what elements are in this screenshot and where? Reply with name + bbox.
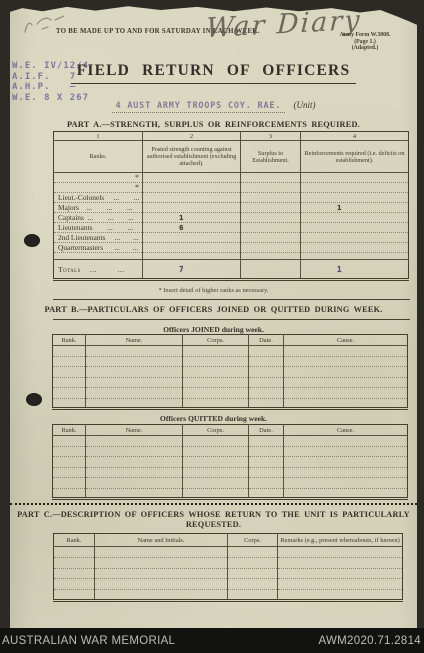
cell	[95, 590, 228, 601]
col-header-corps: Corps.	[228, 534, 278, 547]
cell	[249, 388, 284, 399]
table-row	[53, 377, 408, 388]
table-row	[53, 457, 408, 468]
col-header-name-initials: Name and Initials.	[95, 534, 228, 547]
cell	[53, 446, 86, 457]
col-header-rank: Rank.	[53, 335, 86, 346]
cell	[54, 579, 95, 590]
officers-joined-table: Rank. Name. Corps. Date. Cause.	[52, 334, 408, 410]
cell	[241, 223, 301, 233]
part-a-row-quartermasters: Quartermasters ... ...	[54, 243, 409, 253]
unit-line: 4 AUST ARMY TROOPS COY. RAE. (Unit)	[10, 100, 417, 111]
part-a-row-blank-2: *	[54, 183, 409, 193]
cell	[53, 457, 86, 468]
cell	[249, 446, 284, 457]
part-a-row-2nd-lieutenants: 2nd Lieutenants ... ...	[54, 233, 409, 243]
col-header-rank: Rank.	[53, 425, 86, 436]
perforation-line	[10, 503, 417, 505]
part-a-row-blank-1: *	[54, 173, 409, 183]
cell	[228, 547, 278, 558]
table-row	[53, 398, 408, 409]
part-b-title: PART B.—PARTICULARS OF OFFICERS JOINED O…	[10, 305, 417, 314]
table-row	[53, 488, 408, 499]
part-a-footnote: * Insert detail of higher ranks as neces…	[10, 287, 417, 294]
archive-name: AUSTRALIAN WAR MEMORIAL	[2, 635, 175, 647]
cell	[301, 233, 409, 243]
rank-label: Majors ... ... ...	[54, 203, 143, 213]
rank-label: 2nd Lieutenants ... ...	[54, 233, 143, 243]
cell	[86, 367, 183, 378]
cell	[249, 367, 284, 378]
part-a-row-captains: Captains ... ... ... 1	[54, 213, 409, 223]
cell	[143, 193, 241, 203]
quitted-table-headers: Rank. Name. Corps. Date. Cause.	[53, 425, 408, 436]
part-a-column-numbers: 1 2 3 4	[54, 132, 409, 141]
table-row	[53, 356, 408, 367]
cell	[53, 356, 86, 367]
part-a-strength-table: 1 2 3 4 Ranks. Posted strength counting …	[53, 131, 409, 281]
higher-rank-asterisk: *	[54, 173, 143, 183]
part-a-row-lieut-colonels: Lieut.-Colonels ... ...	[54, 193, 409, 203]
table-row	[54, 557, 403, 568]
cell	[53, 467, 86, 478]
col-header-surplus: Surplus to Establishment.	[241, 141, 301, 173]
part-b-top-rule	[53, 299, 410, 300]
cell	[183, 488, 249, 499]
officers-quitted-table: Rank. Name. Corps. Date. Cause.	[52, 424, 408, 500]
cell	[95, 579, 228, 590]
part-b-bottom-rule	[53, 319, 410, 320]
part-a-title: PART A.—STRENGTH, SURPLUS OR REINFORCEME…	[10, 120, 417, 129]
form-page: TO BE MADE UP TO AND FOR SATURDAY IN EAC…	[10, 5, 417, 628]
cell	[278, 557, 403, 568]
cell	[143, 233, 241, 243]
title-row: FIELD RETURN OF OFFICERS	[10, 62, 417, 84]
unit-typed-value: 4 AUST ARMY TROOPS COY. RAE.	[112, 101, 286, 113]
part-c-title-line1: PART C.—DESCRIPTION OF OFFICERS WHOSE RE…	[10, 510, 417, 520]
cell	[284, 488, 408, 499]
part-c-table-headers: Rank. Name and Initials. Corps. Remarks …	[54, 534, 403, 547]
cell	[95, 557, 228, 568]
cell	[241, 260, 301, 280]
punch-hole	[24, 234, 40, 247]
cell	[278, 579, 403, 590]
cell	[278, 590, 403, 601]
cell	[53, 377, 86, 388]
cell	[183, 367, 249, 378]
cell	[278, 568, 403, 579]
photo-backdrop: TO BE MADE UP TO AND FOR SATURDAY IN EAC…	[0, 0, 424, 653]
cell	[228, 568, 278, 579]
part-c-title: PART C.—DESCRIPTION OF OFFICERS WHOSE RE…	[10, 510, 417, 530]
cell	[86, 398, 183, 409]
rank-label: Quartermasters ... ...	[54, 243, 143, 253]
cell	[86, 377, 183, 388]
archive-caption-band: AUSTRALIAN WAR MEMORIAL AWM2020.71.2814	[0, 628, 424, 653]
typed-value-lieutenants-posted: 6	[143, 223, 241, 233]
table-row	[53, 367, 408, 378]
col-header-corps: Corps.	[183, 425, 249, 436]
cell	[86, 346, 183, 357]
cell	[241, 253, 301, 260]
cell	[183, 346, 249, 357]
cell	[284, 436, 408, 447]
cell	[228, 557, 278, 568]
cell	[95, 547, 228, 558]
cell	[143, 183, 241, 193]
cell	[284, 457, 408, 468]
cell	[86, 446, 183, 457]
cell	[143, 203, 241, 213]
typed-value-majors-reinforcements: 1	[301, 203, 409, 213]
cell	[54, 253, 143, 260]
cell	[241, 233, 301, 243]
cell	[284, 446, 408, 457]
table-row	[53, 467, 408, 478]
officers-joined-heading: Officers JOINED during week.	[10, 325, 417, 334]
col-header-corps: Corps.	[183, 335, 249, 346]
form-number: Army Form W.3008.	[329, 32, 401, 39]
cell	[241, 243, 301, 253]
table-row	[54, 547, 403, 558]
cell	[241, 183, 301, 193]
col-number: 4	[301, 132, 409, 141]
cell	[183, 446, 249, 457]
part-c-title-line2: REQUESTED.	[10, 520, 417, 530]
cell	[241, 203, 301, 213]
cell	[284, 478, 408, 489]
table-row	[54, 579, 403, 590]
archive-accession-number: AWM2020.71.2814	[318, 635, 421, 647]
cell	[284, 367, 408, 378]
cell	[183, 398, 249, 409]
cell	[249, 346, 284, 357]
cell	[86, 457, 183, 468]
typed-value-captains-posted: 1	[143, 213, 241, 223]
cell	[284, 467, 408, 478]
cell	[53, 346, 86, 357]
cell	[249, 467, 284, 478]
cell	[183, 356, 249, 367]
higher-rank-asterisk: *	[54, 183, 143, 193]
col-header-name: Name.	[86, 335, 183, 346]
rank-label: Lieutenants ... ...	[54, 223, 143, 233]
table-row	[53, 346, 408, 357]
cell	[54, 547, 95, 558]
unit-field-label: (Unit)	[293, 100, 315, 110]
col-number: 3	[241, 132, 301, 141]
punch-hole	[26, 393, 42, 406]
cell	[278, 547, 403, 558]
col-number: 2	[143, 132, 241, 141]
cell	[54, 568, 95, 579]
officers-quitted-heading: Officers QUITTED during week.	[10, 414, 417, 423]
cell	[284, 388, 408, 399]
cell	[301, 253, 409, 260]
joined-table-headers: Rank. Name. Corps. Date. Cause.	[53, 335, 408, 346]
cell	[183, 478, 249, 489]
cell	[95, 568, 228, 579]
cell	[249, 478, 284, 489]
cell	[228, 579, 278, 590]
cell	[284, 398, 408, 409]
part-c-return-requested-table: Rank. Name and Initials. Corps. Remarks …	[53, 533, 403, 602]
cell	[86, 388, 183, 399]
col-header-date: Date.	[249, 335, 284, 346]
cell	[301, 243, 409, 253]
cell	[249, 488, 284, 499]
table-row	[53, 478, 408, 489]
col-header-reinforcements: Reinforcements required (i.e. deficits o…	[301, 141, 409, 173]
rank-label: Captains ... ... ...	[54, 213, 143, 223]
form-adapted-note: (Adapted.)	[329, 45, 401, 52]
cell	[54, 590, 95, 601]
cell	[249, 457, 284, 468]
cell	[241, 213, 301, 223]
cell	[53, 478, 86, 489]
col-header-posted-strength: Posted strength counting against authori…	[143, 141, 241, 173]
cell	[53, 436, 86, 447]
cell	[249, 436, 284, 447]
cell	[284, 377, 408, 388]
table-row	[54, 568, 403, 579]
table-row	[53, 446, 408, 457]
typed-value-total-posted: 7	[143, 260, 241, 280]
page-title: FIELD RETURN OF OFFICERS	[71, 62, 357, 84]
cell	[301, 193, 409, 203]
cell	[143, 243, 241, 253]
col-header-remarks: Remarks (e.g., present whereabouts, if k…	[278, 534, 403, 547]
cell	[241, 173, 301, 183]
col-header-name: Name.	[86, 425, 183, 436]
cell	[301, 173, 409, 183]
cell	[284, 346, 408, 357]
part-a-spacer-row	[54, 253, 409, 260]
col-number: 1	[54, 132, 143, 141]
cell	[54, 557, 95, 568]
cell	[53, 388, 86, 399]
col-header-ranks: Ranks.	[54, 141, 143, 173]
cell	[301, 223, 409, 233]
cell	[86, 356, 183, 367]
part-a-column-headers: Ranks. Posted strength counting against …	[54, 141, 409, 173]
typed-value-total-reinforcements: 1	[301, 260, 409, 280]
rank-label: Lieut.-Colonels ... ...	[54, 193, 143, 203]
col-header-date: Date.	[249, 425, 284, 436]
cell	[86, 488, 183, 499]
cell	[249, 356, 284, 367]
cell	[284, 356, 408, 367]
part-a-row-lieutenants: Lieutenants ... ... 6	[54, 223, 409, 233]
totals-label: Totals ... ... ...	[54, 260, 143, 280]
cell	[183, 377, 249, 388]
cell	[53, 488, 86, 499]
cell	[86, 467, 183, 478]
cell	[301, 213, 409, 223]
col-header-rank: Rank.	[54, 534, 95, 547]
cell	[143, 173, 241, 183]
cell	[183, 436, 249, 447]
cell	[143, 253, 241, 260]
col-header-cause: Cause.	[284, 425, 408, 436]
cell	[249, 398, 284, 409]
table-row	[53, 388, 408, 399]
cell	[249, 377, 284, 388]
cell	[86, 436, 183, 447]
cell	[53, 398, 86, 409]
army-form-reference: Army Form W.3008. (Page 1.) (Adapted.)	[329, 32, 401, 52]
cell	[241, 193, 301, 203]
table-row	[53, 436, 408, 447]
cell	[183, 467, 249, 478]
cell	[228, 590, 278, 601]
part-a-totals-row: Totals ... ... ... 7 1	[54, 260, 409, 280]
cell	[301, 183, 409, 193]
cell	[183, 388, 249, 399]
cell	[183, 457, 249, 468]
col-header-cause: Cause.	[284, 335, 408, 346]
cell	[53, 367, 86, 378]
part-a-row-majors: Majors ... ... ... 1	[54, 203, 409, 213]
table-row	[54, 590, 403, 601]
cell	[86, 478, 183, 489]
